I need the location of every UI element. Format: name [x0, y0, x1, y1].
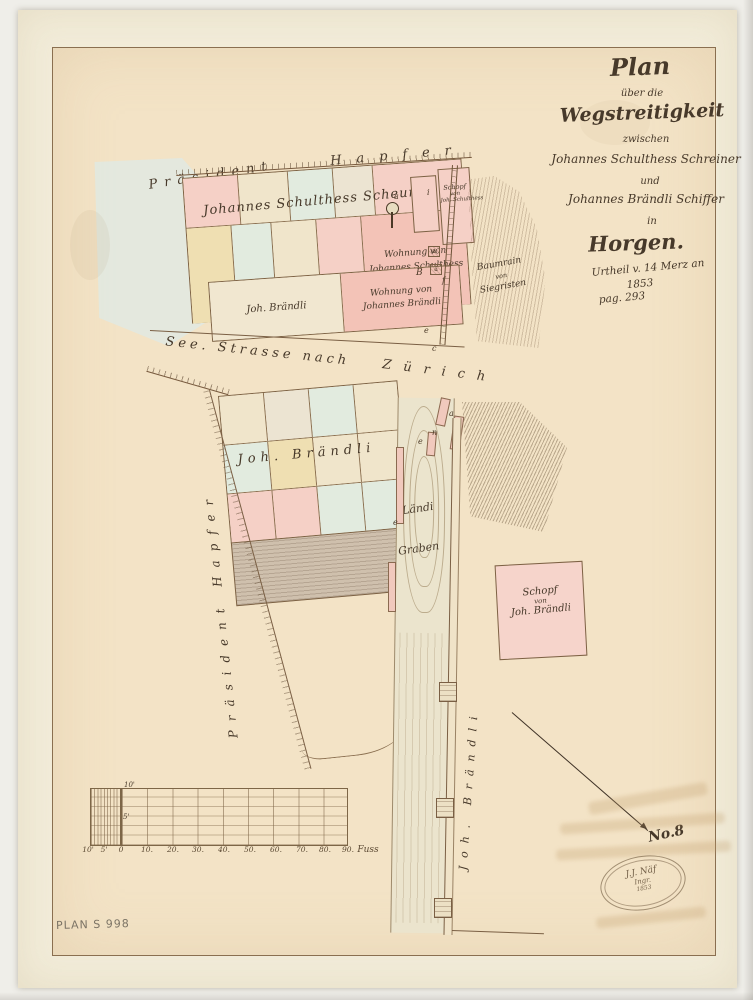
- scale-tick: 30.: [192, 845, 204, 854]
- archive-number: PLAN S 998: [56, 917, 130, 932]
- braendli-part-label: Joh. Brändli: [246, 300, 307, 315]
- scale-tick: 5': [101, 845, 108, 854]
- well-pump-post: [391, 212, 393, 228]
- scale-tick: 50.: [244, 845, 256, 854]
- ref-box-1: a: [428, 246, 440, 257]
- ref-letter-a: a: [394, 192, 399, 201]
- garden-plot: [264, 389, 313, 441]
- ref-box-1-letter: a: [432, 248, 436, 255]
- title-line-braendli: Johannes Brändli Schiffer: [568, 192, 724, 206]
- scale-tick: 70.: [296, 845, 308, 854]
- scale-tick: 10.: [141, 845, 153, 854]
- title-line-und: und: [640, 176, 659, 187]
- title-line-year: 1853: [626, 277, 654, 291]
- scale-tick: 0: [119, 845, 124, 854]
- title-line-horgen: Horgen.: [588, 228, 684, 256]
- title-line-plan: Plan: [609, 51, 670, 82]
- scale-bar-fine-grid: [90, 788, 121, 846]
- scale-tick: 40.: [218, 845, 230, 854]
- scale-tick: 90.: [342, 845, 354, 854]
- small-outbuilding: [410, 175, 440, 233]
- channel-post: [396, 447, 404, 524]
- channel-water-lines: [395, 633, 445, 924]
- title-line-zwischen: zwischen: [623, 134, 670, 145]
- scale-bar-grid: [121, 788, 348, 846]
- garden-plot: [309, 385, 358, 437]
- ref-letter-B: B: [416, 268, 423, 278]
- scale-unit-label: Fuss: [357, 845, 378, 855]
- scanned-plan-page: Plan über die Wegstreitigkeit zwischen J…: [0, 0, 753, 1000]
- scale-tick: 20.: [167, 845, 179, 854]
- wall-step: [434, 898, 452, 918]
- ref-box-2-letter: a: [434, 266, 438, 273]
- scale-tick: 80.: [319, 845, 331, 854]
- title-line-in: in: [647, 216, 657, 227]
- garden-plot: [272, 487, 321, 539]
- scale-tick: 60.: [270, 845, 282, 854]
- garden-plot: [219, 393, 268, 445]
- ref-letter-n: n: [432, 428, 437, 437]
- channel-post: [388, 562, 396, 612]
- paper-stain: [70, 210, 110, 280]
- ref-letter-e1: e: [424, 326, 429, 335]
- scale-bar: 10' 5' 10' 5' 0 10. 20. 30. 40. 50. 60. …: [90, 788, 348, 846]
- ref-letter-e3: e: [393, 518, 398, 527]
- garden-plot: [354, 381, 401, 433]
- ref-letter-a2: a: [449, 409, 454, 418]
- scale-row-label-10: 10': [124, 781, 135, 789]
- wall-step: [436, 798, 454, 818]
- scan-edge-right: [743, 0, 753, 1000]
- ref-letter-i: i: [427, 188, 430, 197]
- scan-edge-bottom: [0, 992, 753, 1000]
- title-line-ueber-die: über die: [621, 88, 663, 99]
- braendli-part: Joh. Brändli: [209, 274, 345, 341]
- braendli-shed: Schopf von Joh. Brändli: [495, 561, 588, 660]
- title-line-schulthess: Johannes Schulthess Schreiner: [551, 152, 740, 166]
- garden-plot: [317, 483, 366, 535]
- ref-letter-e2: e: [418, 437, 423, 446]
- scale-row-label-5: 5': [123, 813, 129, 821]
- scale-tick: 10': [82, 845, 94, 854]
- ref-box-2: a: [430, 264, 442, 275]
- wall-step: [439, 682, 457, 702]
